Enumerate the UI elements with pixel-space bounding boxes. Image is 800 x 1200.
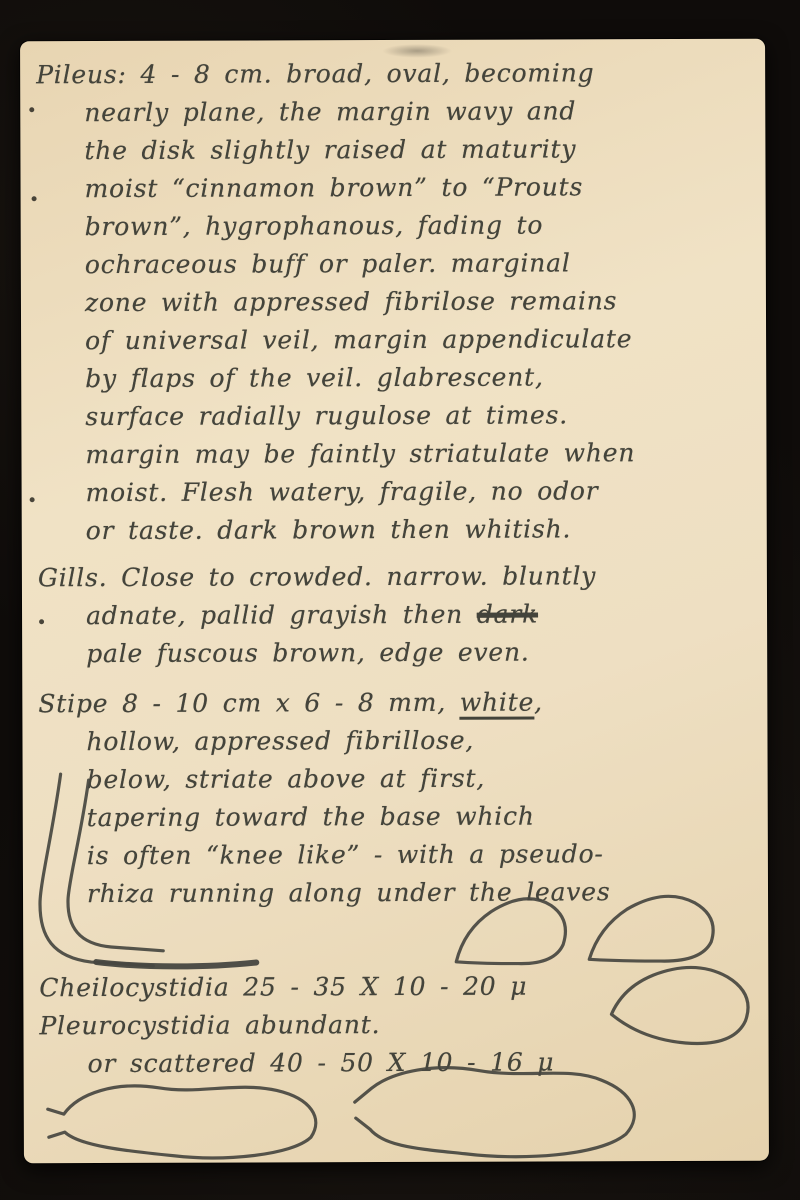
note-line: the disk slightly raised at maturity (84, 131, 757, 171)
struck-word: dark (477, 599, 538, 628)
note-line-text: hollow, appressed fibrillose, (86, 726, 474, 756)
note-line-text: Pleurocystidia abundant. (39, 1010, 380, 1040)
note-line: surface radially rugulose at times. (85, 397, 758, 437)
underlined-word: white (460, 688, 534, 720)
note-line-text: moist. Flesh watery, fragile, no odor (86, 476, 599, 507)
note-line-text: brown”, hygrophanous, fading to (85, 210, 544, 241)
note-line-text: rhiza running along under the leaves (87, 877, 611, 908)
note-line: adnate, pallid grayish then dark (86, 596, 759, 636)
note-line: pale fuscous brown, edge even. (86, 634, 759, 674)
note-line: Pileus: 4 - 8 cm. broad, oval, becoming (36, 55, 757, 96)
note-line-text: nearly plane, the margin wavy and (84, 96, 576, 127)
note-line: ochraceous buff or paler. marginal (85, 245, 758, 285)
note-line: of universal veil, margin appendiculate (85, 321, 758, 361)
note-line-text: Gills. Close to crowded. narrow. bluntly (38, 561, 596, 592)
note-line: Pleurocystidia abundant. (39, 1006, 760, 1047)
note-line: hollow, appressed fibrillose, (86, 722, 759, 762)
photo-background: { "scene": { "description": "Handwritten… (0, 0, 800, 1200)
note-line-text: Pileus: 4 - 8 cm. broad, oval, becoming (36, 58, 594, 89)
note-line-text: , (534, 687, 543, 716)
note-line-text: pale fuscous brown, edge even. (86, 638, 530, 669)
punch-dot (29, 107, 34, 112)
note-line-text: is often “knee like” - with a pseudo- (87, 839, 604, 870)
note-line: moist. Flesh watery, fragile, no odor (86, 473, 759, 513)
note-line-text: below, striate above at first, (87, 764, 486, 794)
note-line-text: margin may be faintly striatulate when (85, 438, 635, 469)
note-line-text: Stipe 8 - 10 cm x 6 - 8 mm, (38, 688, 460, 718)
note-line: below, striate above at first, (87, 760, 760, 800)
note-line: nearly plane, the margin wavy and (84, 93, 757, 133)
note-line: Stipe 8 - 10 cm x 6 - 8 mm, white, (38, 684, 759, 725)
note-line-text: tapering toward the base which (87, 802, 535, 833)
note-text: Pileus: 4 - 8 cm. broad, oval, becomingn… (36, 55, 761, 1085)
note-line: rhiza running along under the leaves (87, 874, 760, 914)
note-line: by flaps of the veil. glabrescent, (85, 359, 758, 399)
note-line-text: zone with appressed fibrilose remains (85, 286, 617, 317)
note-line-text: of universal veil, margin appendiculate (85, 324, 632, 355)
note-line: zone with appressed fibrilose remains (85, 283, 758, 323)
note-line: or taste. dark brown then whitish. (86, 511, 759, 551)
note-line: margin may be faintly striatulate when (85, 435, 758, 475)
note-card: Pileus: 4 - 8 cm. broad, oval, becomingn… (20, 39, 769, 1164)
note-line: tapering toward the base which (87, 798, 760, 838)
note-line: is often “knee like” - with a pseudo- (87, 836, 760, 876)
note-line-text: ochraceous buff or paler. marginal (85, 248, 571, 279)
note-line: moist “cinnamon brown” to “Prouts (84, 169, 757, 209)
note-line-text: Cheilocystidia 25 - 35 X 10 - 20 μ (39, 972, 527, 1003)
note-line-text: by flaps of the veil. glabrescent, (85, 362, 544, 393)
note-line: brown”, hygrophanous, fading to (85, 207, 758, 247)
note-line: Gills. Close to crowded. narrow. bluntly (38, 558, 759, 599)
punch-dot (30, 497, 35, 502)
note-line: Cheilocystidia 25 - 35 X 10 - 20 μ (39, 968, 760, 1009)
note-line-text: the disk slightly raised at maturity (84, 134, 576, 165)
note-line-text: surface radially rugulose at times. (85, 400, 568, 431)
note-line-text: or scattered 40 - 50 X 10 - 16 μ (88, 1047, 555, 1078)
note-line-text: moist “cinnamon brown” to “Prouts (85, 172, 584, 203)
note-line-text: or taste. dark brown then whitish. (86, 514, 572, 545)
note-line: or scattered 40 - 50 X 10 - 16 μ (88, 1044, 761, 1084)
cystidium-elongated-sketch-1 (48, 1085, 316, 1158)
note-line-text: adnate, pallid grayish then (86, 600, 477, 630)
